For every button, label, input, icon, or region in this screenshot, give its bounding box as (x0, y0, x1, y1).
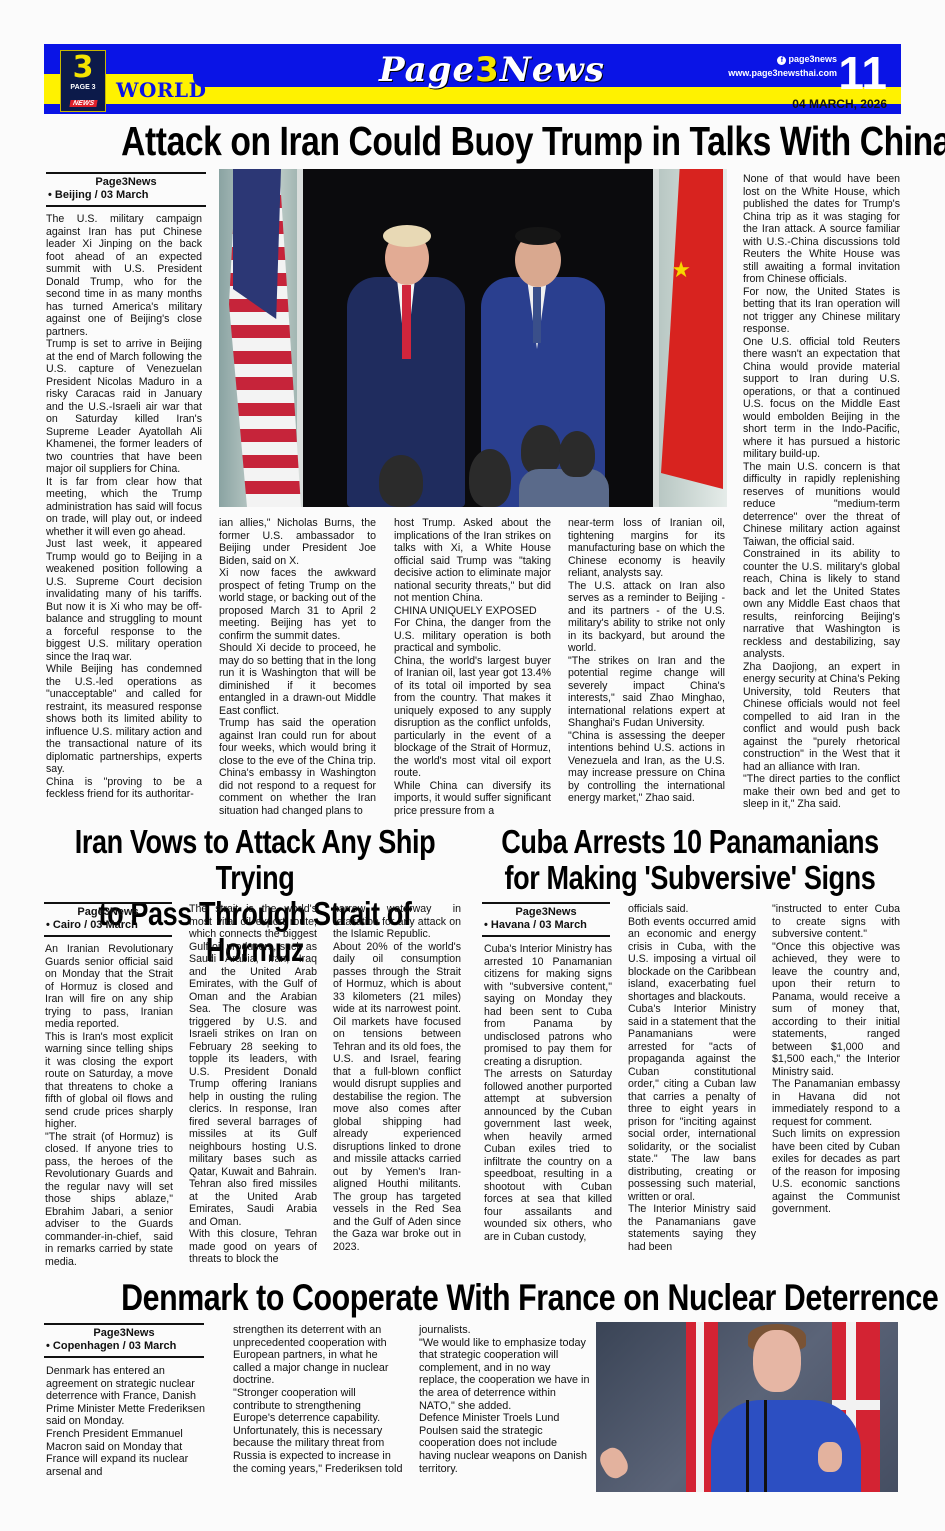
page-number: 11 (838, 46, 887, 100)
byline-dateline: • Copenhagen / 03 March (44, 1340, 204, 1353)
brand-wordmark: Page3News (379, 50, 605, 90)
paragraph: "instructed to enter Cuba to create sign… (772, 903, 900, 941)
headline-line: Cuba Arrests 10 Panamanians (497, 824, 882, 860)
paragraph: ian allies," Nicholas Burns, the former … (219, 517, 376, 567)
logo-page3-text: PAGE 3 (61, 83, 105, 92)
article3-column-1: Cuba's Interior Ministry has arrested 10… (484, 943, 612, 1243)
article4-headline: Denmark to Cooperate With France on Nucl… (121, 1276, 824, 1320)
paragraph: "We would like to emphasize today that s… (419, 1337, 591, 1413)
paragraph: For China, the danger from the U.S. mili… (394, 617, 551, 655)
paragraph: With this closure, Tehran made good on y… (189, 1228, 317, 1266)
article1-column-4: near-term loss of Iranian oil, tightenin… (568, 517, 725, 805)
paragraph: An Iranian Revolutionary Guards senior o… (45, 943, 173, 1031)
paragraph: Zha Daojiong, an expert in energy securi… (743, 661, 900, 774)
facebook-link[interactable]: fpage3news (728, 52, 837, 66)
paragraph: The strait is the world's most vital oil… (189, 903, 317, 1228)
byline-source: Page3News (44, 1327, 204, 1340)
paragraph: None of that would have been lost on the… (743, 173, 900, 286)
masthead-bottom-rule (44, 108, 901, 114)
trump-xi-photo: ★ (219, 169, 727, 507)
paragraph: It is far from clear how that meeting, w… (46, 476, 202, 539)
paragraph: near-term loss of Iranian oil, tightenin… (568, 517, 725, 580)
paragraph: Just last week, it appeared Trump would … (46, 538, 202, 663)
brand-number: 3 (475, 50, 500, 90)
page3-logo: 3 PAGE 3 NEWS (60, 50, 106, 112)
paragraph: host Trump. Asked about the implications… (394, 517, 551, 605)
paragraph: "The strikes on Iran and the potential r… (568, 655, 725, 730)
article2-column-2: The strait is the world's most vital oil… (189, 903, 317, 1266)
facebook-icon: f (777, 56, 786, 65)
article1-column-2: ian allies," Nicholas Burns, the former … (219, 517, 376, 817)
paragraph: Both events occurred amid an economic an… (628, 916, 756, 1004)
subheading: CHINA UNIQUELY EXPOSED (394, 605, 551, 618)
section-label: WORLD (116, 78, 206, 102)
headline-line: Iran Vows to Attack Any Ship Trying (62, 824, 447, 896)
paragraph: journalists. (419, 1324, 591, 1337)
paragraph: China, the world's largest buyer of Iran… (394, 655, 551, 780)
article2-column-1: An Iranian Revolutionary Guards senior o… (45, 943, 173, 1268)
headline-line: for Making 'Subversive' Signs (497, 860, 882, 896)
paragraph: The U.S. military campaign against Iran … (46, 213, 202, 338)
paragraph: "The direct parties to the conflict make… (743, 773, 900, 811)
star-icon: ★ (671, 257, 691, 283)
paragraph: "Once this objective was achieved, they … (772, 941, 900, 1079)
paragraph: While Beijing has condemned the U.S.-led… (46, 663, 202, 776)
paragraph: For now, the United States is betting th… (743, 286, 900, 336)
article1-column-3: host Trump. Asked about the implications… (394, 517, 551, 817)
brand-suffix: News (500, 50, 605, 90)
microphone-icon (746, 1400, 749, 1492)
paragraph: "Stronger cooperation will contribute to… (233, 1387, 405, 1475)
article4-column-3: journalists. "We would like to emphasize… (419, 1324, 591, 1475)
logo-news-text: NEWS (69, 100, 97, 107)
paragraph: One U.S. official told Reuters there was… (743, 336, 900, 461)
article4-column-1: Denmark has entered an agreement on stra… (46, 1365, 216, 1478)
paragraph: Xi now faces the awkward prospect of fet… (219, 567, 376, 642)
paragraph: While China can diversify its imports, i… (394, 780, 551, 818)
paragraph: officials said. (628, 903, 756, 916)
article1-byline: Page3News • Beijing / 03 March (46, 172, 206, 207)
paragraph: "China is assessing the deeper intention… (568, 730, 725, 805)
article3-column-2: officials said. Both events occurred ami… (628, 903, 756, 1253)
paragraph: This is Iran's most explicit warning sin… (45, 1031, 173, 1131)
paragraph: China is "proving to be a feckless frien… (46, 776, 202, 801)
issue-date: 04 MARCH, 2026 (792, 97, 887, 111)
article2-byline: Page3News • Cairo / 03 March (44, 902, 172, 937)
article4-byline: Page3News • Copenhagen / 03 March (44, 1323, 204, 1358)
article4-column-2: strengthen its deterrent with an unprece… (233, 1324, 405, 1475)
paragraph: Constrained in its ability to counter th… (743, 548, 900, 661)
social-links: fpage3news www.page3newsthai.com (728, 52, 837, 80)
frederiksen-photo (596, 1322, 898, 1492)
microphone-icon (764, 1400, 767, 1492)
paragraph: narrow waterway in retaliation for any a… (333, 903, 461, 941)
byline-dateline: • Cairo / 03 March (44, 919, 172, 932)
byline-source: Page3News (44, 906, 172, 919)
article3-byline: Page3News • Havana / 03 March (482, 902, 610, 937)
byline-dateline: • Havana / 03 March (482, 919, 610, 932)
paragraph: strengthen its deterrent with an unprece… (233, 1324, 405, 1387)
paragraph: Trump has said the operation against Ira… (219, 717, 376, 817)
paragraph: The Interior Ministry said the Panamania… (628, 1203, 756, 1253)
paragraph: "The strait (of Hormuz) is closed. If an… (45, 1131, 173, 1269)
article2-column-3: narrow waterway in retaliation for any a… (333, 903, 461, 1253)
paragraph: Should Xi decide to proceed, he may do s… (219, 642, 376, 717)
paragraph: Cuba's Interior Ministry said in a state… (628, 1003, 756, 1203)
article3-column-3: "instructed to enter Cuba to create sign… (772, 903, 900, 1216)
red-tie (402, 285, 411, 359)
paragraph: The main U.S. concern is that difficulty… (743, 461, 900, 549)
paragraph: About 20% of the world's daily oil consu… (333, 941, 461, 1254)
paragraph: The Panamanian embassy in Havana did not… (772, 1078, 900, 1128)
paragraph: Defence Minister Troels Lund Poulsen sai… (419, 1412, 591, 1475)
paragraph: The U.S. attack on Iran also serves as a… (568, 580, 725, 655)
paragraph: Trump is set to arrive in Beijing at the… (46, 338, 202, 476)
paragraph: Denmark has entered an agreement on stra… (46, 1365, 216, 1428)
article3-headline: Cuba Arrests 10 Panamanians for Making '… (497, 824, 882, 896)
byline-source: Page3News (46, 176, 206, 189)
brand-prefix: Page (379, 50, 475, 90)
masthead: 3 PAGE 3 NEWS WORLD Page3News fpage3news… (44, 44, 901, 114)
article1-column-5: None of that would have been lost on the… (743, 173, 900, 811)
paragraph: French President Emmanuel Macron said on… (46, 1428, 216, 1478)
website-link[interactable]: www.page3newsthai.com (728, 66, 837, 80)
paragraph: Such limits on expression have been cite… (772, 1128, 900, 1216)
facebook-handle: page3news (788, 54, 837, 64)
byline-source: Page3News (482, 906, 610, 919)
paragraph: The arrests on Saturday followed another… (484, 1068, 612, 1243)
logo-number: 3 (61, 53, 105, 83)
article1-headline: Attack on Iran Could Buoy Trump in Talks… (121, 118, 824, 164)
byline-dateline: • Beijing / 03 March (46, 189, 206, 202)
paragraph: Cuba's Interior Ministry has arrested 10… (484, 943, 612, 1068)
article1-column-1: The U.S. military campaign against Iran … (46, 213, 202, 801)
